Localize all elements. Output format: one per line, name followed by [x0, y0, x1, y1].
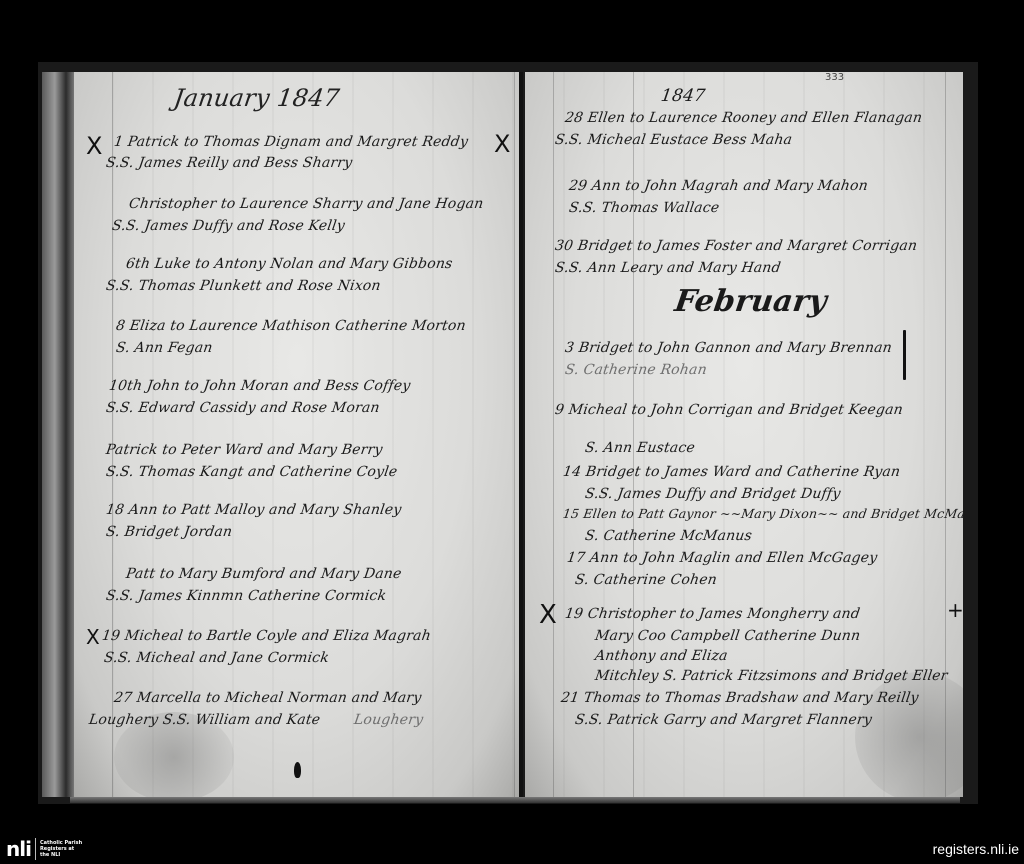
entry-line: 10th John to John Moran and Bess Coffey	[108, 378, 412, 394]
entry-line: Patt to Mary Bumford and Mary Dane	[125, 566, 403, 582]
year-heading: 1847	[660, 86, 707, 106]
folio-number: 333	[825, 72, 844, 83]
entry-sponsors: S.S. Thomas Wallace	[568, 200, 721, 216]
entry-sponsors: S.S. Thomas Kangt and Catherine Coyle	[105, 464, 399, 480]
cross-mark-icon: X	[86, 627, 100, 647]
cross-mark-icon: X	[86, 134, 102, 158]
entry-line: 9 Micheal to John Corrigan and Bridget K…	[554, 402, 904, 418]
entry-line: Christopher to Laurence Sharry and Jane …	[128, 196, 485, 212]
margin-rule	[514, 72, 515, 797]
entry-line: Mary Coo Campbell Catherine Dunn	[594, 628, 862, 644]
entry-line: 8 Eliza to Laurence Mathison Catherine M…	[115, 318, 467, 334]
entry-sponsors: Mitchley S. Patrick Fitzsimons and Bridg…	[594, 668, 949, 684]
margin-rule	[553, 72, 554, 797]
entry-sponsors: S.S. James Reilly and Bess Sharry	[105, 155, 354, 171]
entry-line: 28 Ellen to Laurence Rooney and Ellen Fl…	[564, 110, 923, 126]
entry-line: 15 Ellen to Patt Gaynor ~~Mary Dixon~~ a…	[562, 506, 963, 521]
entry-sponsors: S.S. Thomas Plunkett and Rose Nixon	[105, 278, 382, 294]
entry-sponsors: S. Bridget Jordan	[105, 524, 233, 540]
book-spine	[519, 72, 523, 800]
entry-line: 21 Thomas to Thomas Bradshaw and Mary Re…	[560, 690, 920, 706]
entry-sponsors: S. Ann Eustace	[584, 440, 696, 456]
entry-sponsors: S.S. Edward Cassidy and Rose Moran	[105, 400, 381, 416]
cross-mark-icon: X	[539, 602, 557, 628]
entry-sponsors: S. Ann Fegan	[115, 340, 214, 356]
entry-note-faint: Loughery	[353, 712, 424, 728]
month-heading: February	[673, 284, 830, 319]
book-cover-edge	[42, 72, 74, 797]
entry-line: 27 Marcella to Micheal Norman and Mary	[113, 690, 423, 706]
month-heading: January 1847	[172, 84, 341, 112]
entry-sponsors: S.S. James Kinnmn Catherine Cormick	[105, 588, 387, 604]
entry-line: 19 Micheal to Bartle Coyle and Eliza Mag…	[101, 628, 432, 644]
entry-line: 14 Bridget to James Ward and Catherine R…	[562, 464, 901, 480]
entry-sponsors: S.S. Micheal Eustace Bess Maha	[554, 132, 793, 148]
entry-sponsors: S. Catherine Cohen	[574, 572, 718, 588]
nli-logo: nli Catholic Parish Registers at the NLI	[6, 838, 82, 860]
entry-line: 3 Bridget to John Gannon and Mary Brenna…	[564, 340, 893, 356]
site-url-link[interactable]: registers.nli.ie	[933, 841, 1019, 857]
entry-line: Patrick to Peter Ward and Mary Berry	[105, 442, 384, 458]
logo-text: Catholic Parish Registers at the NLI	[40, 840, 82, 858]
entry-line: 6th Luke to Antony Nolan and Mary Gibbon…	[125, 256, 454, 272]
entry-line: 30 Bridget to James Foster and Margret C…	[554, 238, 918, 254]
entry-line: 1 Patrick to Thomas Dignam and Margret R…	[113, 134, 469, 150]
entry-sponsors: S.S. James Duffy and Bridget Duffy	[584, 486, 842, 502]
ink-stroke	[903, 330, 906, 380]
entry-line: 29 Ann to John Magrah and Mary Mahon	[568, 178, 869, 194]
entry-line: 17 Ann to John Maglin and Ellen McGagey	[566, 550, 879, 566]
register-image-viewer: January 1847 X 1 Patrick to Thomas Digna…	[0, 0, 1024, 864]
book-bottom-edge	[70, 797, 960, 803]
left-page: January 1847 X 1 Patrick to Thomas Digna…	[74, 72, 520, 797]
logo-text-line: the NLI	[40, 852, 82, 858]
entry-sponsors: S. Catherine Rohan	[564, 362, 708, 378]
margin-rule	[112, 72, 113, 797]
entry-sponsors: S.S. Ann Leary and Mary Hand	[554, 260, 782, 276]
entry-sponsors: S.S. James Duffy and Rose Kelly	[111, 218, 346, 234]
nli-logo-mark: nli	[6, 839, 31, 859]
logo-divider	[35, 838, 36, 860]
entry-sponsors: S. Catherine McManus	[584, 528, 753, 544]
ink-blot	[294, 762, 301, 778]
cross-mark-icon: X	[494, 132, 510, 156]
right-page: 333 1847 28 Ellen to Laurence Rooney and…	[525, 72, 963, 797]
entry-line: Anthony and Eliza	[594, 648, 729, 664]
entry-sponsors: S.S. Micheal and Jane Cormick	[103, 650, 330, 666]
entry-line: 19 Christopher to James Mongherry and	[564, 606, 861, 622]
entry-sponsors: Loughery S.S. William and Kate	[88, 712, 321, 728]
entry-sponsors: S.S. Patrick Garry and Margret Flannery	[574, 712, 873, 728]
entry-line: 18 Ann to Patt Malloy and Mary Shanley	[105, 502, 403, 518]
plus-mark-icon: +	[947, 600, 963, 620]
